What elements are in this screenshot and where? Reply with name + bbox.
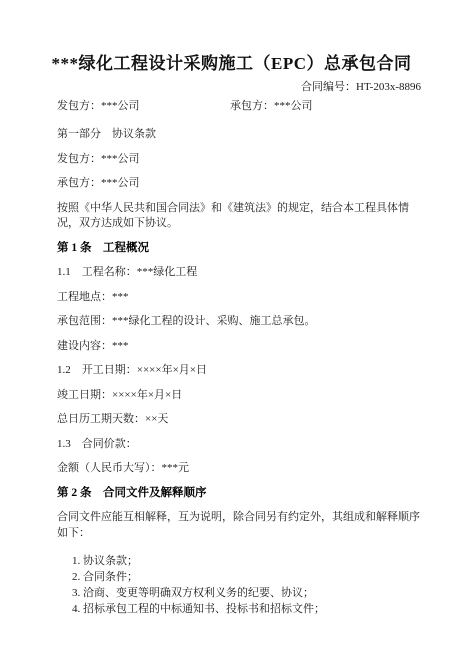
order-list-item: 3. 洽商、变更等明确双方权利义务的纪要、协议； [72, 585, 421, 601]
order-list-item: 2. 合同条件； [72, 569, 421, 585]
document-title: ***绿化工程设计采购施工（EPC）总承包合同 [27, 53, 436, 75]
header-parties-row: 发包方：***公司 承包方：***公司 [57, 99, 421, 114]
clause-start-date: 1.2 开工日期：××××年×月×日 [57, 363, 421, 379]
order-list-item: 1. 协议条款； [72, 553, 421, 569]
clause-duration-days: 总日历工期天数：××天 [57, 412, 421, 428]
preamble-paragraph: 按照《中华人民共和国合同法》和《建筑法》的规定，结合本工程具体情况，双方达成如下… [57, 201, 421, 232]
contract-number: 合同编号：HT-203x-8896 [57, 80, 421, 95]
clause-construction-content: 建设内容：*** [57, 339, 421, 355]
part1-heading: 第一部分 协议条款 [57, 127, 421, 143]
clause-completion-date: 竣工日期：××××年×月×日 [57, 388, 421, 404]
clause-contract-scope: 承包范围：***绿化工程的设计、采购、施工总承包。 [57, 314, 421, 330]
party-a-line: 发包方：***公司 [57, 152, 421, 168]
header-party-b: 承包方：***公司 [230, 99, 313, 114]
header-party-a: 发包方：***公司 [57, 100, 140, 112]
article-2-heading: 第 2 条 合同文件及解释顺序 [57, 486, 421, 502]
clause-project-name: 1.1 工程名称：***绿化工程 [57, 265, 421, 281]
party-b-line: 承包方：***公司 [57, 176, 421, 192]
article-1-heading: 第 1 条 工程概况 [57, 241, 421, 257]
contract-document-page: ***绿化工程设计采购施工（EPC）总承包合同 合同编号：HT-203x-889… [0, 0, 463, 655]
interpretation-order-list: 1. 协议条款； 2. 合同条件； 3. 洽商、变更等明确双方权利义务的纪要、协… [72, 553, 421, 617]
order-list-item: 4. 招标承包工程的中标通知书、投标书和招标文件； [72, 601, 421, 617]
clause-project-location: 工程地点：*** [57, 290, 421, 306]
clause-amount: 金额（人民币大写）：***元 [57, 461, 421, 477]
article-2-intro: 合同文件应能互相解释，互为说明，除合同另有约定外，其组成和解释顺序如下： [57, 510, 421, 541]
clause-contract-price: 1.3 合同价款： [57, 437, 421, 453]
